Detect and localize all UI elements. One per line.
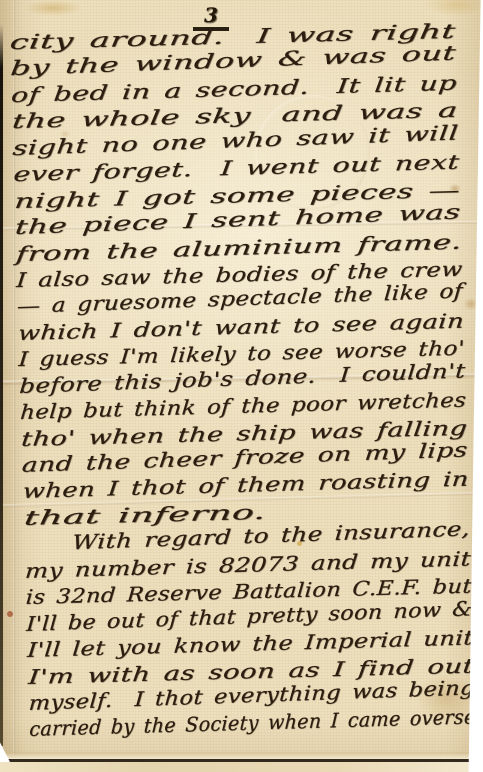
letter-scan: 3 city around. I was rightby the window … [0,0,483,772]
letter-body: city around. I was rightby the window & … [7,17,480,744]
